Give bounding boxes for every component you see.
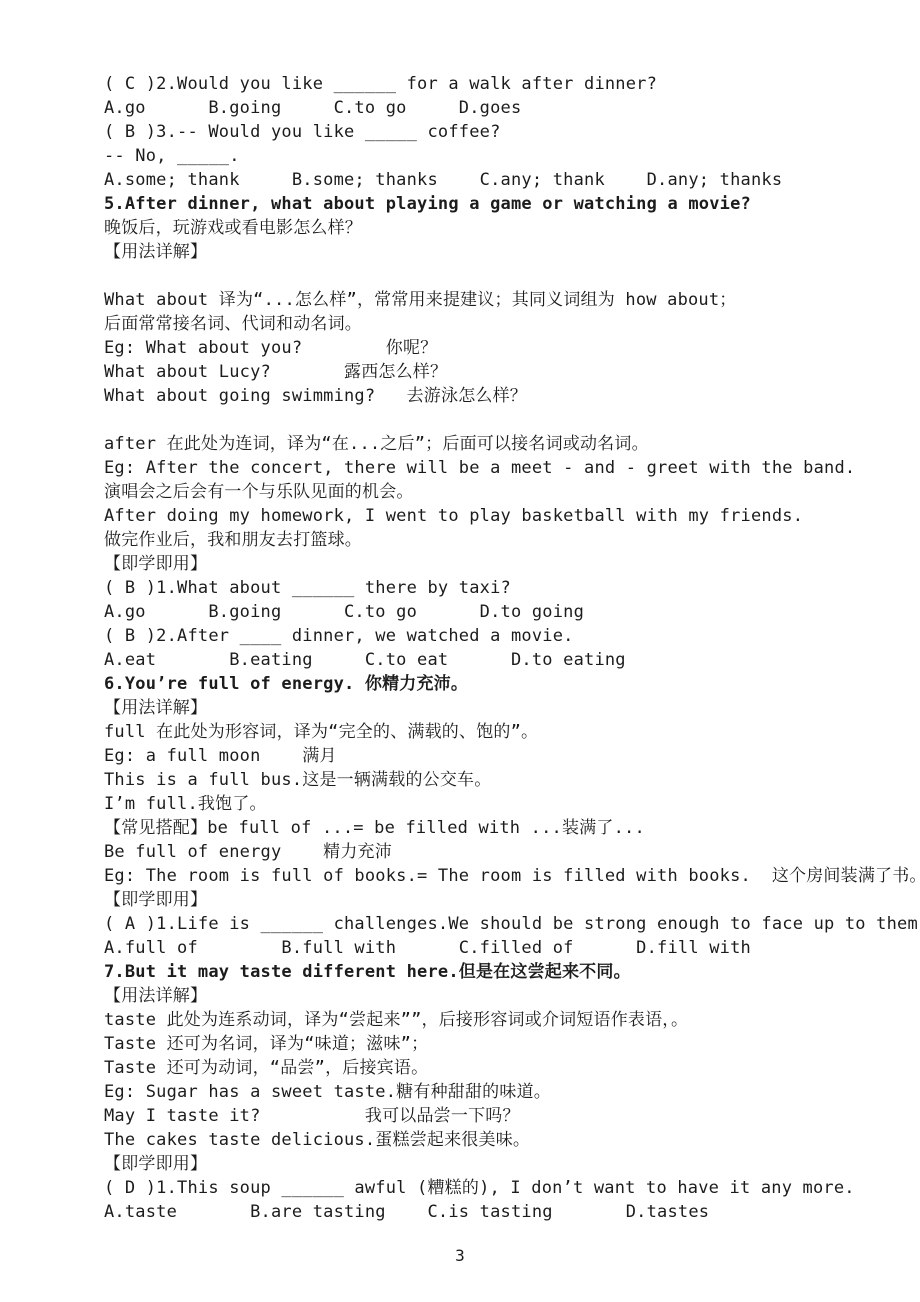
document-line: What about 译为“...怎么样”，常常用来提建议；其同义词组为 how…	[104, 288, 894, 312]
document-line: after 在此处为连词，译为“在...之后”；后面可以接名词或动名词。	[104, 432, 894, 456]
document-line: Eg: The room is full of books.= The room…	[104, 864, 894, 888]
document-line: 晚饭后，玩游戏或看电影怎么样？	[104, 216, 894, 240]
document-page: ( C )2.Would you like ______ for a walk …	[0, 0, 920, 1302]
document-line: May I taste it? 我可以品尝一下吗？	[104, 1104, 894, 1128]
document-line: 做完作业后，我和朋友去打篮球。	[104, 528, 894, 552]
document-line: 【常见搭配】be full of ...= be filled with ...…	[104, 816, 894, 840]
document-line: This is a full bus.这是一辆满载的公交车。	[104, 768, 894, 792]
document-line: 5.After dinner, what about playing a gam…	[104, 192, 894, 216]
document-line: A.taste B.are tasting C.is tasting D.tas…	[104, 1200, 894, 1224]
document-line: Taste 还可为动词，“品尝”，后接宾语。	[104, 1056, 894, 1080]
document-line: ( A )1.Life is ______ challenges.We shou…	[104, 912, 894, 936]
document-line: ( C )2.Would you like ______ for a walk …	[104, 72, 894, 96]
document-line: A.some; thank B.some; thanks C.any; than…	[104, 168, 894, 192]
document-line: 7.But it may taste different here.但是在这尝起…	[104, 960, 894, 984]
document-line: A.eat B.eating C.to eat D.to eating	[104, 648, 894, 672]
document-line: ( B )3.-- Would you like _____ coffee?	[104, 120, 894, 144]
document-line: ( B )2.After ____ dinner, we watched a m…	[104, 624, 894, 648]
document-line: Eg: After the concert, there will be a m…	[104, 456, 894, 480]
document-line: Be full of energy 精力充沛	[104, 840, 894, 864]
document-line: 【用法详解】	[104, 240, 894, 264]
document-line: The cakes taste delicious.蛋糕尝起来很美味。	[104, 1128, 894, 1152]
document-line: A.full of B.full with C.filled of D.fill…	[104, 936, 894, 960]
document-line	[104, 408, 894, 432]
document-line: Eg: a full moon 满月	[104, 744, 894, 768]
document-line: taste 此处为连系动词，译为“尝起来””，后接形容词或介词短语作表语，。	[104, 1008, 894, 1032]
document-line: 6.You’re full of energy. 你精力充沛。	[104, 672, 894, 696]
document-line: After doing my homework, I went to play …	[104, 504, 894, 528]
document-line: full 在此处为形容词，译为“完全的、满载的、饱的”。	[104, 720, 894, 744]
document-line	[104, 264, 894, 288]
document-line: 【即学即用】	[104, 552, 894, 576]
document-line: Taste 还可为名词，译为“味道；滋味”；	[104, 1032, 894, 1056]
document-body: ( C )2.Would you like ______ for a walk …	[104, 72, 894, 1224]
document-line: ( B )1.What about ______ there by taxi?	[104, 576, 894, 600]
document-line: A.go B.going C.to go D.goes	[104, 96, 894, 120]
document-line: 【即学即用】	[104, 888, 894, 912]
page-number: 3	[0, 1246, 920, 1266]
document-line: 演唱会之后会有一个与乐队见面的机会。	[104, 480, 894, 504]
document-line: ( D )1.This soup ______ awful (糟糕的), I d…	[104, 1176, 894, 1200]
document-line: Eg: Sugar has a sweet taste.糖有种甜甜的味道。	[104, 1080, 894, 1104]
document-line: 【用法详解】	[104, 696, 894, 720]
document-line: A.go B.going C.to go D.to going	[104, 600, 894, 624]
document-line: What about Lucy? 露西怎么样？	[104, 360, 894, 384]
document-line: -- No, _____.	[104, 144, 894, 168]
document-line: What about going swimming? 去游泳怎么样？	[104, 384, 894, 408]
document-line: 【用法详解】	[104, 984, 894, 1008]
document-line: 【即学即用】	[104, 1152, 894, 1176]
document-line: I’m full.我饱了。	[104, 792, 894, 816]
document-line: Eg: What about you? 你呢？	[104, 336, 894, 360]
document-line: 后面常常接名词、代词和动名词。	[104, 312, 894, 336]
